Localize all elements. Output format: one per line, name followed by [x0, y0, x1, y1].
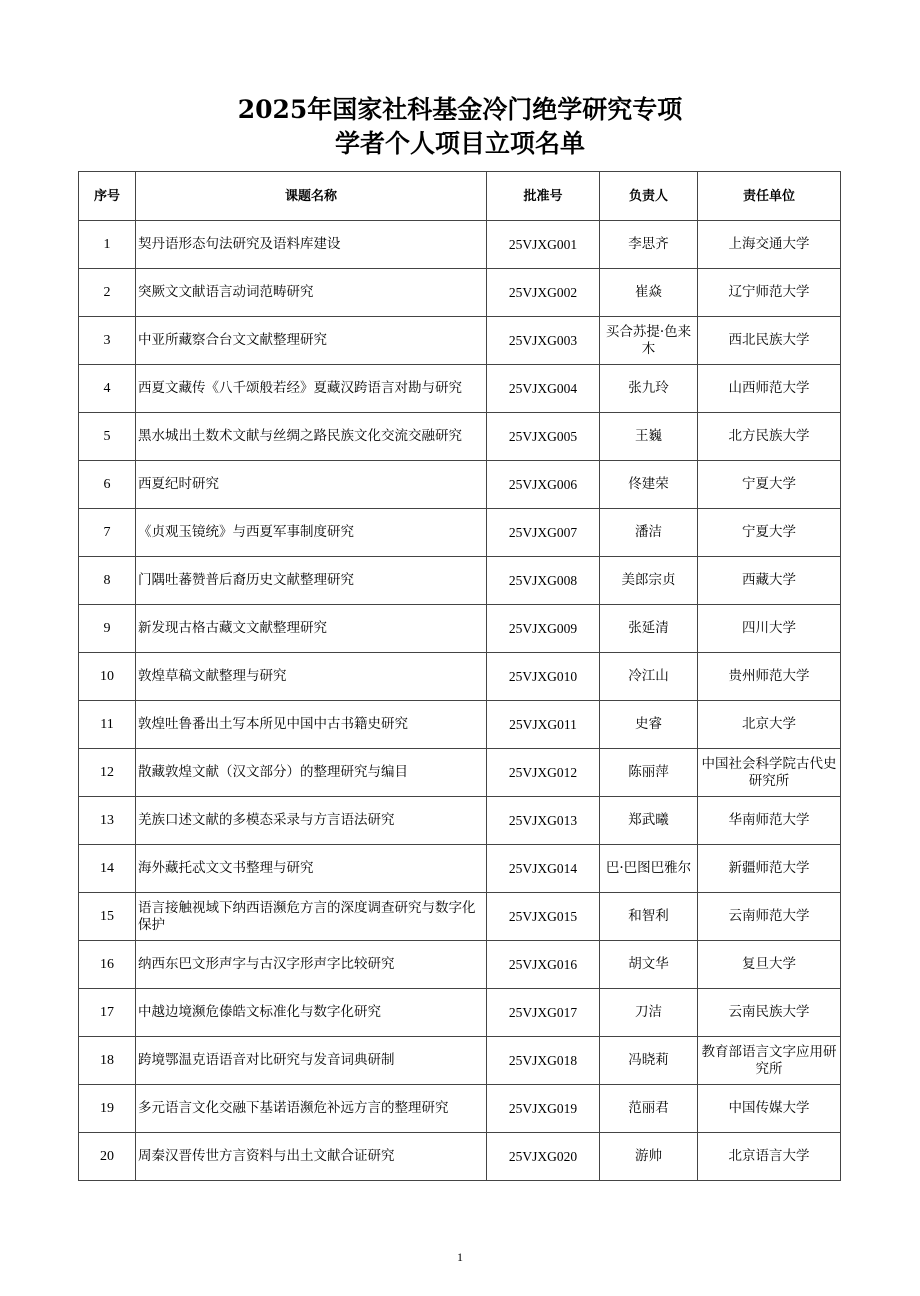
cell-serial-no: 19	[79, 1085, 136, 1133]
cell-serial-no: 7	[79, 509, 136, 557]
cell-serial-no: 8	[79, 557, 136, 605]
cell-unit: 中国社会科学院古代史研究所	[698, 749, 841, 797]
page-number: 1	[0, 1250, 920, 1265]
cell-serial-no: 18	[79, 1037, 136, 1085]
cell-topic: 新发现古格古藏文文献整理研究	[136, 605, 487, 653]
document-title-line2: 学者个人项目立项名单	[0, 128, 920, 160]
cell-leader: 佟建荣	[600, 461, 698, 509]
cell-unit: 云南师范大学	[698, 893, 841, 941]
cell-unit: 宁夏大学	[698, 509, 841, 557]
table-row: 3中亚所藏察合台文文献整理研究25VJXG003买合苏提·色来木西北民族大学	[79, 317, 841, 365]
cell-approval-code: 25VJXG011	[487, 701, 600, 749]
cell-approval-code: 25VJXG010	[487, 653, 600, 701]
cell-unit: 西藏大学	[698, 557, 841, 605]
cell-approval-code: 25VJXG002	[487, 269, 600, 317]
table-row: 8门隅吐蕃赞普后裔历史文献整理研究25VJXG008美郎宗贞西藏大学	[79, 557, 841, 605]
cell-approval-code: 25VJXG013	[487, 797, 600, 845]
cell-leader: 崔焱	[600, 269, 698, 317]
cell-topic: 海外藏托忒文文书整理与研究	[136, 845, 487, 893]
cell-approval-code: 25VJXG001	[487, 221, 600, 269]
cell-serial-no: 14	[79, 845, 136, 893]
cell-topic: 语言接触视域下纳西语濒危方言的深度调查研究与数字化保护	[136, 893, 487, 941]
cell-approval-code: 25VJXG020	[487, 1133, 600, 1181]
cell-leader: 和智利	[600, 893, 698, 941]
table-row: 17中越边境濒危傣皓文标准化与数字化研究25VJXG017刀洁云南民族大学	[79, 989, 841, 1037]
table-row: 15语言接触视域下纳西语濒危方言的深度调查研究与数字化保护25VJXG015和智…	[79, 893, 841, 941]
cell-approval-code: 25VJXG003	[487, 317, 600, 365]
table-row: 12散藏敦煌文献（汉文部分）的整理研究与编目25VJXG012陈丽萍中国社会科学…	[79, 749, 841, 797]
cell-topic: 中越边境濒危傣皓文标准化与数字化研究	[136, 989, 487, 1037]
cell-topic: 门隅吐蕃赞普后裔历史文献整理研究	[136, 557, 487, 605]
cell-topic: 西夏文藏传《八千颂般若经》夏藏汉跨语言对勘与研究	[136, 365, 487, 413]
cell-unit: 北京大学	[698, 701, 841, 749]
cell-leader: 潘洁	[600, 509, 698, 557]
header-topic: 课题名称	[136, 172, 487, 221]
cell-topic: 羌族口述文献的多模态采录与方言语法研究	[136, 797, 487, 845]
cell-topic: 敦煌吐鲁番出土写本所见中国中古书籍史研究	[136, 701, 487, 749]
cell-leader: 李思齐	[600, 221, 698, 269]
table-row: 20周秦汉晋传世方言资料与出土文献合证研究25VJXG020游帅北京语言大学	[79, 1133, 841, 1181]
cell-serial-no: 5	[79, 413, 136, 461]
cell-topic: 敦煌草稿文献整理与研究	[136, 653, 487, 701]
cell-topic: 纳西东巴文形声字与古汉字形声字比较研究	[136, 941, 487, 989]
cell-topic: 多元语言文化交融下基诺语濒危补远方言的整理研究	[136, 1085, 487, 1133]
cell-approval-code: 25VJXG005	[487, 413, 600, 461]
cell-leader: 张延清	[600, 605, 698, 653]
table-row: 9新发现古格古藏文文献整理研究25VJXG009张延清四川大学	[79, 605, 841, 653]
cell-unit: 新疆师范大学	[698, 845, 841, 893]
table-header-row: 序号 课题名称 批准号 负责人 责任单位	[79, 172, 841, 221]
table-row: 5黑水城出土数术文献与丝绸之路民族文化交流交融研究25VJXG005王巍北方民族…	[79, 413, 841, 461]
cell-approval-code: 25VJXG016	[487, 941, 600, 989]
table-row: 6西夏纪时研究25VJXG006佟建荣宁夏大学	[79, 461, 841, 509]
table-row: 18跨境鄂温克语语音对比研究与发音词典研制25VJXG018冯晓莉教育部语言文字…	[79, 1037, 841, 1085]
cell-serial-no: 1	[79, 221, 136, 269]
document-title-line1: 2025年国家社科基金冷门绝学研究专项	[0, 94, 920, 126]
header-unit: 责任单位	[698, 172, 841, 221]
cell-approval-code: 25VJXG008	[487, 557, 600, 605]
cell-leader: 冷江山	[600, 653, 698, 701]
cell-serial-no: 3	[79, 317, 136, 365]
table-row: 4西夏文藏传《八千颂般若经》夏藏汉跨语言对勘与研究25VJXG004张九玲山西师…	[79, 365, 841, 413]
cell-topic: 《贞观玉镜统》与西夏军事制度研究	[136, 509, 487, 557]
header-leader: 负责人	[600, 172, 698, 221]
cell-leader: 巴·巴图巴雅尔	[600, 845, 698, 893]
cell-unit: 华南师范大学	[698, 797, 841, 845]
cell-unit: 中国传媒大学	[698, 1085, 841, 1133]
table-row: 7《贞观玉镜统》与西夏军事制度研究25VJXG007潘洁宁夏大学	[79, 509, 841, 557]
cell-unit: 山西师范大学	[698, 365, 841, 413]
cell-serial-no: 20	[79, 1133, 136, 1181]
cell-approval-code: 25VJXG015	[487, 893, 600, 941]
cell-serial-no: 12	[79, 749, 136, 797]
cell-leader: 胡文华	[600, 941, 698, 989]
cell-unit: 云南民族大学	[698, 989, 841, 1037]
cell-approval-code: 25VJXG004	[487, 365, 600, 413]
cell-leader: 冯晓莉	[600, 1037, 698, 1085]
cell-unit: 北方民族大学	[698, 413, 841, 461]
cell-approval-code: 25VJXG018	[487, 1037, 600, 1085]
cell-topic: 西夏纪时研究	[136, 461, 487, 509]
cell-topic: 散藏敦煌文献（汉文部分）的整理研究与编目	[136, 749, 487, 797]
cell-approval-code: 25VJXG006	[487, 461, 600, 509]
cell-topic: 黑水城出土数术文献与丝绸之路民族文化交流交融研究	[136, 413, 487, 461]
table-row: 14海外藏托忒文文书整理与研究25VJXG014巴·巴图巴雅尔新疆师范大学	[79, 845, 841, 893]
cell-topic: 中亚所藏察合台文文献整理研究	[136, 317, 487, 365]
cell-leader: 郑武曦	[600, 797, 698, 845]
header-serial-no: 序号	[79, 172, 136, 221]
cell-leader: 刀洁	[600, 989, 698, 1037]
cell-serial-no: 6	[79, 461, 136, 509]
cell-topic: 突厥文文献语言动词范畴研究	[136, 269, 487, 317]
cell-unit: 辽宁师范大学	[698, 269, 841, 317]
cell-approval-code: 25VJXG019	[487, 1085, 600, 1133]
cell-topic: 周秦汉晋传世方言资料与出土文献合证研究	[136, 1133, 487, 1181]
cell-unit: 贵州师范大学	[698, 653, 841, 701]
project-list-table: 序号 课题名称 批准号 负责人 责任单位 1契丹语形态句法研究及语料库建设25V…	[78, 171, 841, 1181]
cell-approval-code: 25VJXG007	[487, 509, 600, 557]
cell-approval-code: 25VJXG014	[487, 845, 600, 893]
table-row: 16纳西东巴文形声字与古汉字形声字比较研究25VJXG016胡文华复旦大学	[79, 941, 841, 989]
cell-serial-no: 11	[79, 701, 136, 749]
table-row: 10敦煌草稿文献整理与研究25VJXG010冷江山贵州师范大学	[79, 653, 841, 701]
cell-serial-no: 17	[79, 989, 136, 1037]
cell-serial-no: 10	[79, 653, 136, 701]
cell-leader: 王巍	[600, 413, 698, 461]
cell-leader: 史睿	[600, 701, 698, 749]
cell-approval-code: 25VJXG012	[487, 749, 600, 797]
cell-serial-no: 4	[79, 365, 136, 413]
table-row: 13羌族口述文献的多模态采录与方言语法研究25VJXG013郑武曦华南师范大学	[79, 797, 841, 845]
table-row: 19多元语言文化交融下基诺语濒危补远方言的整理研究25VJXG019范丽君中国传…	[79, 1085, 841, 1133]
cell-unit: 西北民族大学	[698, 317, 841, 365]
cell-topic: 跨境鄂温克语语音对比研究与发音词典研制	[136, 1037, 487, 1085]
cell-unit: 北京语言大学	[698, 1133, 841, 1181]
table-row: 1契丹语形态句法研究及语料库建设25VJXG001李思齐上海交通大学	[79, 221, 841, 269]
table-row: 2突厥文文献语言动词范畴研究25VJXG002崔焱辽宁师范大学	[79, 269, 841, 317]
cell-unit: 上海交通大学	[698, 221, 841, 269]
cell-unit: 教育部语言文字应用研究所	[698, 1037, 841, 1085]
cell-serial-no: 16	[79, 941, 136, 989]
table-row: 11敦煌吐鲁番出土写本所见中国中古书籍史研究25VJXG011史睿北京大学	[79, 701, 841, 749]
cell-leader: 陈丽萍	[600, 749, 698, 797]
cell-serial-no: 9	[79, 605, 136, 653]
cell-serial-no: 15	[79, 893, 136, 941]
cell-leader: 买合苏提·色来木	[600, 317, 698, 365]
cell-topic: 契丹语形态句法研究及语料库建设	[136, 221, 487, 269]
header-approval-code: 批准号	[487, 172, 600, 221]
cell-serial-no: 13	[79, 797, 136, 845]
cell-leader: 游帅	[600, 1133, 698, 1181]
cell-unit: 复旦大学	[698, 941, 841, 989]
cell-serial-no: 2	[79, 269, 136, 317]
cell-unit: 四川大学	[698, 605, 841, 653]
cell-approval-code: 25VJXG009	[487, 605, 600, 653]
cell-leader: 范丽君	[600, 1085, 698, 1133]
cell-leader: 张九玲	[600, 365, 698, 413]
cell-leader: 美郎宗贞	[600, 557, 698, 605]
cell-unit: 宁夏大学	[698, 461, 841, 509]
cell-approval-code: 25VJXG017	[487, 989, 600, 1037]
